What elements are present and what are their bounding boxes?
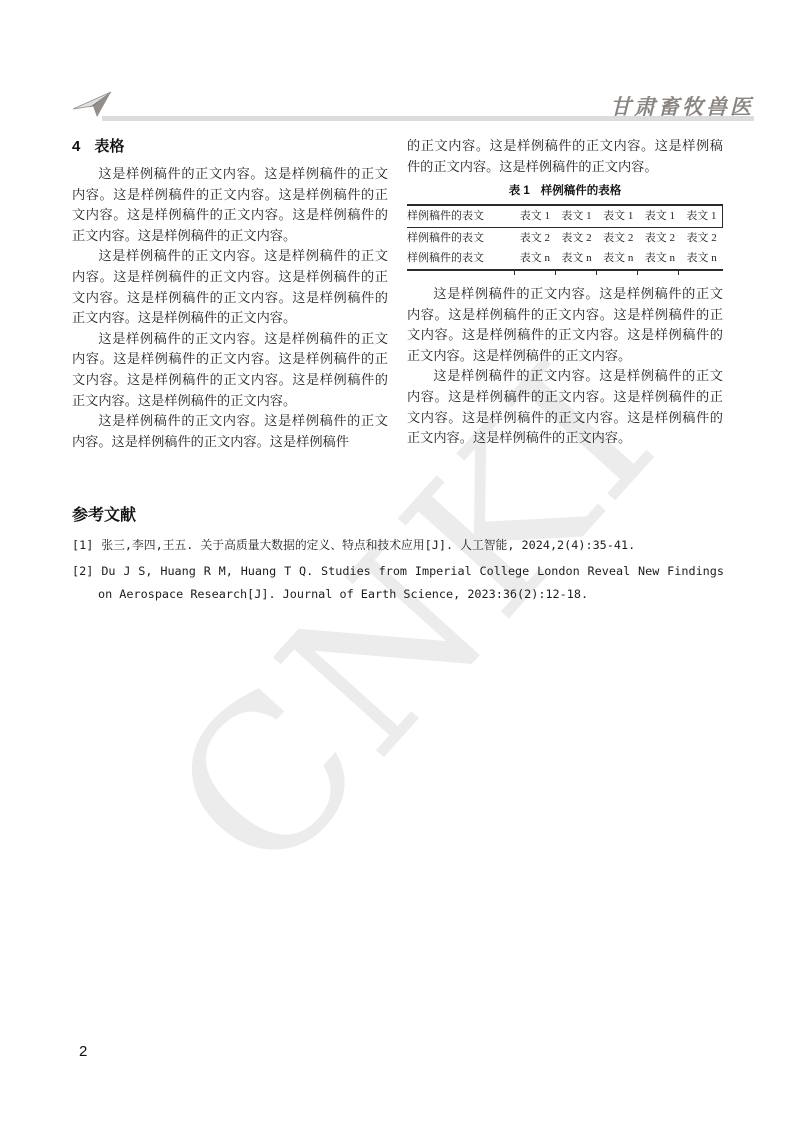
section-number: 4 <box>72 138 80 155</box>
table-cell: 表文 n <box>639 248 681 270</box>
table-column-tick <box>596 271 597 275</box>
document-page: 甘肃畜牧兽医 CNKI 4表格 这是样例稿件的正文内容。这是样例稿件的正文内容。… <box>0 0 794 1123</box>
table-header-cell: 样例稿件的表文 <box>407 205 514 227</box>
table-header-cell: 表文 1 <box>597 205 639 227</box>
table-cell: 表文 n <box>514 248 556 270</box>
section-title: 表格 <box>94 138 124 155</box>
page-number: 2 <box>79 1043 87 1060</box>
body-paragraph: 这是样例稿件的正文内容。这是样例稿件的正文内容。这是样例稿件的正文内容。这是样例… <box>72 329 388 411</box>
references-heading: 参考文献 <box>72 502 724 525</box>
body-paragraph: 这是样例稿件的正文内容。这是样例稿件的正文内容。这是样例稿件的正文内容。这是样例… <box>407 366 723 448</box>
table-header-cell: 表文 1 <box>556 205 598 227</box>
left-column: 4表格 这是样例稿件的正文内容。这是样例稿件的正文内容。这是样例稿件的正文内容。… <box>72 136 388 452</box>
reference-text: 张三,李四,王五. 关于高质量大数据的定义、特点和技术应用[J]. 人工智能, … <box>101 538 635 552</box>
table-cell: 表文 n <box>556 248 598 270</box>
body-paragraph: 这是样例稿件的正文内容。这是样例稿件的正文内容。这是样例稿件的正文内容。这是样例… <box>407 284 723 366</box>
table-column-tick <box>678 271 679 275</box>
reference-text: Du J S, Huang R M, Huang T Q. Studies fr… <box>98 564 724 602</box>
table-caption-title: 样例稿件的表格 <box>541 185 622 197</box>
table-header-row: 样例稿件的表文 表文 1 表文 1 表文 1 表文 1 表文 1 <box>407 205 723 227</box>
sample-table-wrapper: 样例稿件的表文 表文 1 表文 1 表文 1 表文 1 表文 1 样例稿件的表文… <box>407 204 723 271</box>
table-cell: 样例稿件的表文 <box>407 248 514 270</box>
right-column: 的正文内容。这是样例稿件的正文内容。这是样例稿件的正文内容。这是样例稿件的正文内… <box>407 136 723 449</box>
table-cell: 表文 n <box>597 248 639 270</box>
table-cell: 表文 2 <box>514 227 556 248</box>
table-column-tick <box>555 271 556 275</box>
reference-item: [2]Du J S, Huang R M, Huang T Q. Studies… <box>72 560 724 607</box>
table-header-cell: 表文 1 <box>514 205 556 227</box>
table-caption: 表 1样例稿件的表格 <box>407 184 723 199</box>
table-cell: 表文 2 <box>681 227 723 248</box>
reference-label: [2] <box>72 564 93 578</box>
table-caption-label: 表 1 <box>509 185 530 197</box>
reference-item: [1]张三,李四,王五. 关于高质量大数据的定义、特点和技术应用[J]. 人工智… <box>72 534 724 558</box>
body-paragraph: 这是样例稿件的正文内容。这是样例稿件的正文内容。这是样例稿件的正文内容。这是样例… <box>72 164 388 246</box>
references-section: 参考文献 [1]张三,李四,王五. 关于高质量大数据的定义、特点和技术应用[J]… <box>72 502 724 609</box>
table-cell: 表文 2 <box>556 227 598 248</box>
table-column-tick <box>637 271 638 275</box>
reference-label: [1] <box>72 538 93 552</box>
table-cell: 表文 2 <box>597 227 639 248</box>
table-row: 样例稿件的表文 表文 2 表文 2 表文 2 表文 2 表文 2 <box>407 227 723 248</box>
table-cell: 表文 2 <box>639 227 681 248</box>
table-cell: 表文 n <box>681 248 723 270</box>
table-row: 样例稿件的表文 表文 n 表文 n 表文 n 表文 n 表文 n <box>407 248 723 270</box>
journal-title: 甘肃畜牧兽医 <box>610 91 754 121</box>
section-heading: 4表格 <box>72 136 388 158</box>
body-paragraph: 这是样例稿件的正文内容。这是样例稿件的正文内容。这是样例稿件的正文内容。这是样例… <box>72 411 388 452</box>
table-cell: 样例稿件的表文 <box>407 227 514 248</box>
table-header-cell: 表文 1 <box>639 205 681 227</box>
sample-table: 样例稿件的表文 表文 1 表文 1 表文 1 表文 1 表文 1 样例稿件的表文… <box>407 204 723 271</box>
body-paragraph-continuation: 的正文内容。这是样例稿件的正文内容。这是样例稿件的正文内容。这是样例稿件的正文内… <box>407 136 723 177</box>
table-header-cell: 表文 1 <box>681 205 723 227</box>
table-column-tick <box>514 271 515 275</box>
body-paragraph: 这是样例稿件的正文内容。这是样例稿件的正文内容。这是样例稿件的正文内容。这是样例… <box>72 246 388 328</box>
